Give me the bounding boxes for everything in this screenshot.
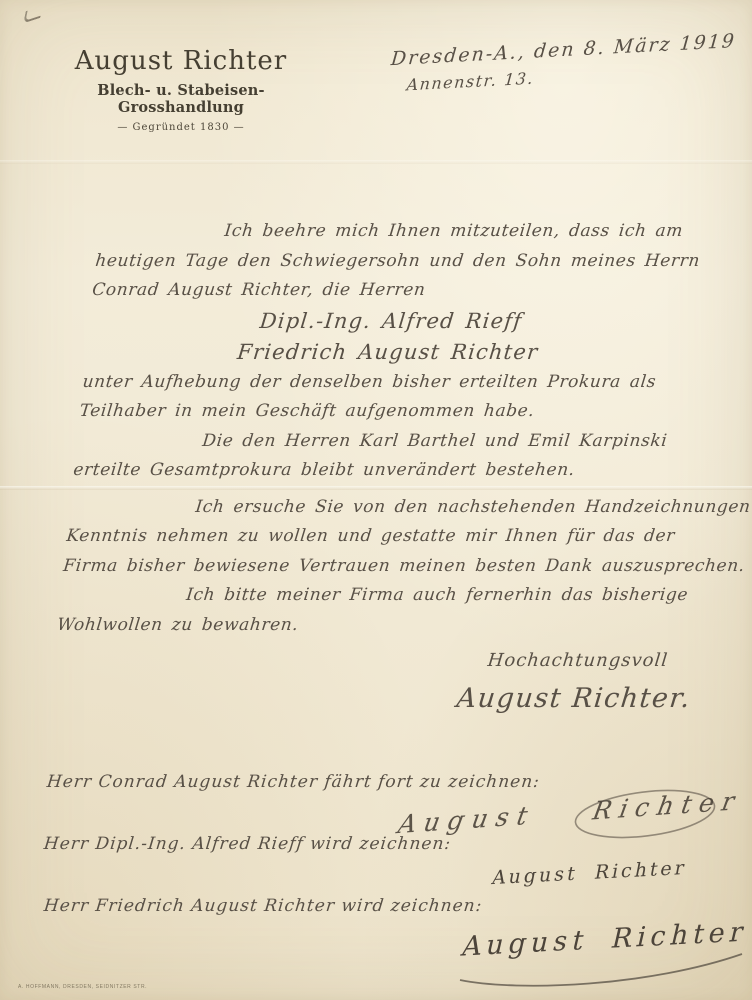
- body-line: Die den Herren Karl Barthel und Emil Kar…: [75, 427, 682, 457]
- body-line: Teilhaber in mein Geschäft aufgenommen h…: [78, 397, 685, 427]
- printer-imprint: A. HOFFMANN, DRESDEN, SEIDNITZER STR.: [18, 984, 147, 990]
- body-line: Ich bitte meiner Firma auch fernerhin da…: [59, 581, 666, 611]
- countersign-signature-conrad: August Richter: [393, 786, 748, 840]
- body-line-partner-name: Friedrich August Richter: [84, 337, 691, 368]
- closing-signature: August Richter.: [447, 683, 700, 714]
- letterhead: August Richter Blech- u. Stabeisen-Gross…: [50, 46, 312, 133]
- body-line: heutigen Tage den Schwiegersohn und den …: [94, 247, 701, 277]
- body-line: Firma bisher bewiesene Vertrauen meinen …: [62, 552, 669, 582]
- closing-block: Hochachtungsvoll August Richter.: [447, 650, 704, 714]
- ink-speck: [23, 6, 43, 24]
- countersign-label-rieff: Herr Dipl.-Ing. Alfred Rieff wird zeichn…: [43, 834, 452, 854]
- dateline: Dresden-A., den 8. März 1919 Annenstr. 1…: [388, 30, 737, 95]
- body-line: Ich ersuche Sie von den nachstehenden Ha…: [68, 493, 675, 523]
- company-founded-line: — Gegründet 1830 —: [50, 122, 312, 133]
- company-name: August Richter: [50, 46, 312, 76]
- body-line: Conrad August Richter, die Herren: [91, 276, 698, 306]
- fold-crease-top: [0, 160, 752, 164]
- body-line: Ich beehre mich Ihnen mitzuteilen, dass …: [97, 217, 704, 247]
- body-line-partner-name: Dipl.-Ing. Alfred Rieff: [87, 306, 694, 337]
- body-line: unter Aufhebung der denselben bisher ert…: [81, 368, 688, 398]
- countersign-signature-rieff: August Richter: [490, 857, 689, 889]
- countersign-label-friedrich: Herr Friedrich August Richter wird zeich…: [43, 896, 484, 916]
- body-line: Wohlwollen zu bewahren.: [56, 611, 663, 641]
- company-business-line: Blech- u. Stabeisen-Grosshandlung: [50, 82, 312, 116]
- countersign-signature-friedrich: August Richter: [459, 916, 752, 962]
- body-line: Kenntnis nehmen zu wollen und gestatte m…: [65, 522, 672, 552]
- body-line: erteilte Gesamtprokura bleibt unveränder…: [72, 456, 679, 486]
- countersign-label-conrad: Herr Conrad August Richter fährt fort zu…: [46, 772, 541, 792]
- letter-page: August Richter Blech- u. Stabeisen-Gross…: [0, 0, 752, 1000]
- closing-salutation: Hochachtungsvoll: [452, 650, 704, 671]
- letter-body: Ich beehre mich Ihnen mitzuteilen, dass …: [56, 217, 704, 640]
